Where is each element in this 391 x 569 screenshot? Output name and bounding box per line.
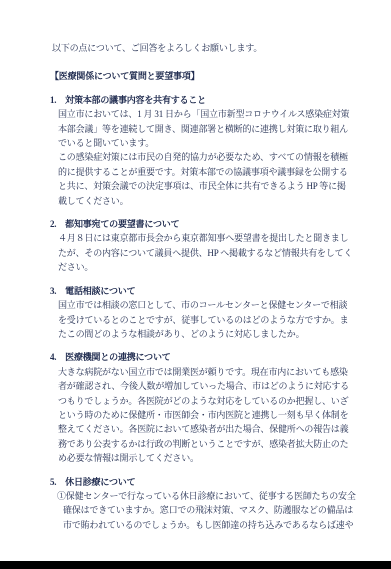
section-line: 国立市においては、1 月 31 日から「国立市新型コロナウイルス感染症対策 (58, 107, 368, 121)
document-content: 以下の点について、ご回答をよろしくお願いします。 【医療関係について質問と要望事… (50, 41, 368, 532)
section-line: 本部会議」等を連続して開き、関連部署と横断的に連携し対策に取り組ん (58, 122, 368, 136)
section-line: つもりでしょうか。各医院がどのような対応をしているのか把握し、いざ (58, 394, 368, 408)
section-line: 務であり公表するかは行政の判断ということですが、感染者拡大防止のた (58, 437, 368, 451)
section-body: 国立市においては、1 月 31 日から「国立市新型コロナウイルス感染症対策本部会… (50, 107, 368, 208)
section: 3. 電話相談について国立市では相談の窓口として、市のコールセンターと保健センタ… (50, 284, 368, 342)
section-body: 大きな病院がない国立市では開業医が頼りです。現在市内においても感染者が確認され、… (50, 365, 368, 466)
section-line: 者が確認され、今後人数が増加していった場合、市はどのように対応する (58, 379, 368, 393)
section-line: 載してください。 (58, 194, 368, 208)
section: 4. 医療機関との連携について大きな病院がない国立市では開業医が頼りです。現在市… (50, 350, 368, 465)
section-line: を受けているとのことですが、従事しているのはどのような方ですか。ま (58, 313, 368, 327)
section-line: ４月８日には東京都市長会から東京都知事へ要望書を提出したと聞きまし (58, 231, 368, 245)
sections-container: 1. 対策本部の議事内容を共有すること国立市においては、1 月 31 日から「国… (50, 93, 368, 532)
section-line: 市で賄われているのでしょうか。もし医師達の持ち込みであるならば速や (63, 518, 368, 532)
section: 2. 都知事宛ての要望書について４月８日には東京都市長会から東京都知事へ要望書を… (50, 217, 368, 275)
section-body: 国立市では相談の窓口として、市のコールセンターと保健センターで相談を受けていると… (50, 298, 368, 341)
section-heading: 2. 都知事宛ての要望書について (50, 217, 368, 231)
section-line: と共に、対策会議での決定事項は、市民全体に共有できるよう HP 等に掲 (58, 179, 368, 193)
section-line: たが、その内容について議員へ提供、HP へ掲載するなど情報共有をしてく (58, 246, 368, 260)
section-body: ①保健センターで行なっている休日診療において、従事する医師たちの安全確保はできて… (50, 489, 368, 532)
section: 5. 休日診療について①保健センターで行なっている休日診療において、従事する医師… (50, 475, 368, 533)
section-line: この感染症対策には市民の自発的協力が必要なため、すべての情報を積極 (58, 150, 368, 164)
section-line: 整えてください。各医院において感染者が出た場合、保健所への報告は義 (58, 422, 368, 436)
section-line: 確保はできていますか。窓口での飛沫対策、マスク、防護服などの備品は (63, 503, 368, 517)
section-line: 的に提供することが重要です。対策本部での協議事項や議事録を公開する (58, 165, 368, 179)
section-heading: 5. 休日診療について (50, 475, 368, 489)
section-line: ださい。 (58, 260, 368, 274)
section-heading: 3. 電話相談について (50, 284, 368, 298)
section: 1. 対策本部の議事内容を共有すること国立市においては、1 月 31 日から「国… (50, 93, 368, 208)
section-body: ４月８日には東京都市長会から東京都知事へ要望書を提出したと聞きましたが、その内容… (50, 231, 368, 274)
section-line: 大きな病院がない国立市では開業医が頼りです。現在市内においても感染 (58, 365, 368, 379)
document-page: 以下の点について、ご回答をよろしくお願いします。 【医療関係について質問と要望事… (0, 0, 391, 569)
section-line: め必要な情報は開示してください。 (58, 451, 368, 465)
section-line: という時のために保健所・市医師会・市内医院と連携し一刻も早く体制を (58, 408, 368, 422)
bottom-edge-bar (0, 561, 391, 569)
section-heading: 1. 対策本部の議事内容を共有すること (50, 93, 368, 107)
document-section-header: 【医療関係について質問と要望事項】 (50, 69, 368, 83)
section-line: 国立市では相談の窓口として、市のコールセンターと保健センターで相談 (58, 298, 368, 312)
section-line: ①保健センターで行なっている休日診療において、従事する医師たちの安全 (57, 489, 368, 503)
section-line: でいると聞いています。 (58, 136, 368, 150)
section-heading: 4. 医療機関との連携について (50, 350, 368, 364)
intro-text: 以下の点について、ご回答をよろしくお願いします。 (52, 41, 368, 55)
section-line: たこの間どのような相談があり、どのように対応しましたか。 (58, 327, 368, 341)
